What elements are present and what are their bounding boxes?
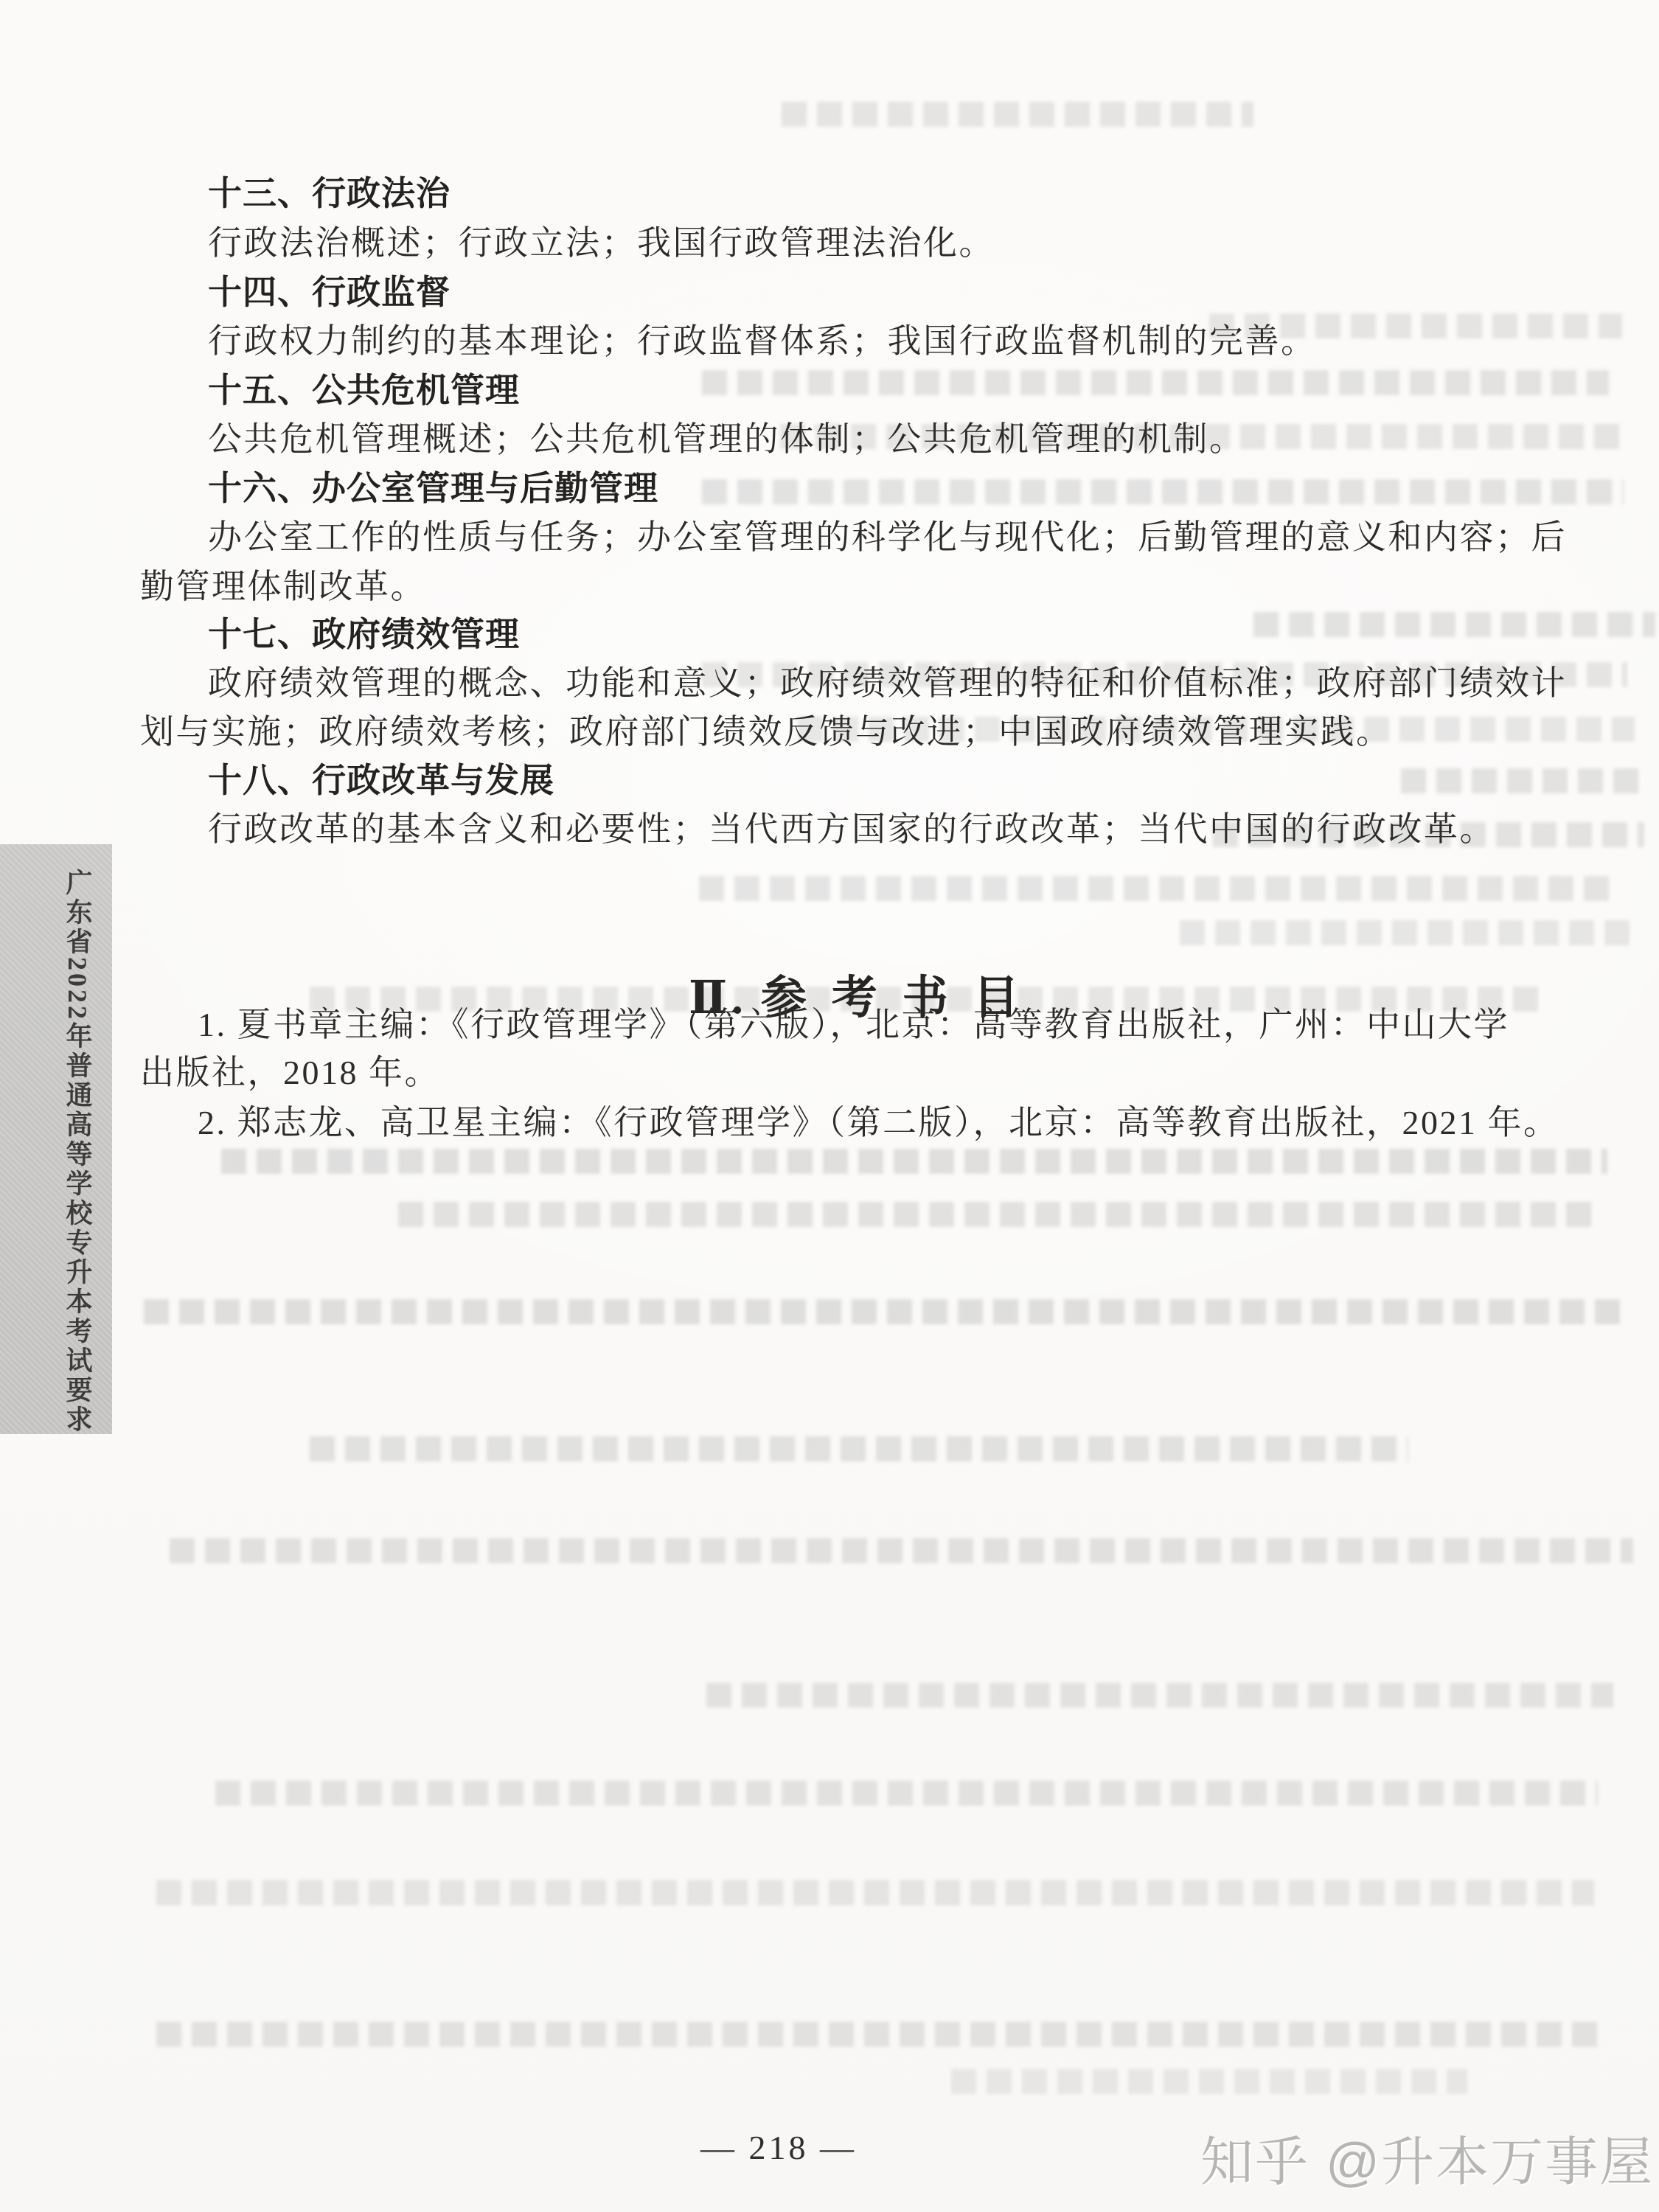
section-15-heading: 十五、公共危机管理 <box>208 372 520 409</box>
section-15-text: 公共危机管理概述；公共危机管理的体制；公共危机管理的机制。 <box>208 421 1245 458</box>
bleedthrough-line <box>706 1683 1613 1708</box>
bleedthrough-line <box>702 370 1609 395</box>
section-17-text-line-2: 划与实施；政府绩效考核；政府部门绩效反馈与改进；中国政府绩效管理实践。 <box>140 714 1392 751</box>
reference-1-line-2: 出版社，2018 年。 <box>140 1054 440 1091</box>
bleedthrough-line <box>170 1538 1633 1563</box>
bleedthrough-line <box>144 1299 1626 1324</box>
section-14-text: 行政权力制约的基本理论；行政监督体系；我国行政监督机制的完善。 <box>208 323 1317 360</box>
bleedthrough-line <box>215 1781 1598 1806</box>
bleedthrough-line <box>951 2069 1467 2094</box>
section-13-text: 行政法治概述；行政立法；我国行政管理法治化。 <box>208 225 995 262</box>
references-heading: Ⅱ.参考书目 <box>643 908 1044 1079</box>
bleedthrough-line <box>782 102 1253 127</box>
bleedthrough-line <box>221 1149 1607 1174</box>
section-13-heading: 十三、行政法治 <box>208 175 451 212</box>
section-14-heading: 十四、行政监督 <box>208 274 451 311</box>
bleedthrough-line <box>1401 768 1644 793</box>
section-18-text: 行政改革的基本含义和必要性；当代西方国家的行政改革；当代中国的行政改革。 <box>208 811 1495 848</box>
document-page: 广东省2022年普通高等学校专升本考试要求 十三、行政法治 行政法治概述；行政立… <box>0 0 1659 2212</box>
section-17-text-line-1: 政府绩效管理的概念、功能和意义；政府绩效管理的特征和价值标准；政府部门绩效计 <box>208 665 1567 702</box>
section-18-heading: 十八、行政改革与发展 <box>208 762 554 799</box>
bleedthrough-line <box>310 1436 1408 1461</box>
reference-1-line-1: 1. 夏书章主编：《行政管理学》（第六版），北京：高等教育出版社，广州：中山大学 <box>198 1006 1509 1043</box>
section-16-heading: 十六、办公室管理与后勤管理 <box>208 470 658 507</box>
bleedthrough-line <box>1180 920 1637 945</box>
bleedthrough-line <box>398 1202 1596 1227</box>
bleedthrough-line <box>156 1880 1594 1905</box>
watermark-zhihu: 知乎 @升本万事屋 <box>1200 2119 1654 2196</box>
bleedthrough-line <box>699 876 1610 901</box>
section-17-heading: 十七、政府绩效管理 <box>208 616 520 653</box>
bleedthrough-line <box>156 2022 1605 2047</box>
bleedthrough-line <box>702 479 1624 504</box>
bleedthrough-line <box>1253 612 1655 637</box>
sidebar-vertical-label: 广东省2022年普通高等学校专升本考试要求 <box>59 869 97 1444</box>
reference-2-line-1: 2. 郑志龙、高卫星主编：《行政管理学》（第二版），北京：高等教育出版社，202… <box>198 1105 1559 1141</box>
section-16-text-line-2: 勤管理体制改革。 <box>140 568 426 605</box>
section-16-text-line-1: 办公室工作的性质与任务；办公室管理的科学化与现代化；后勤管理的意义和内容；后 <box>208 519 1567 556</box>
page-number: — 218 — <box>700 2128 857 2167</box>
